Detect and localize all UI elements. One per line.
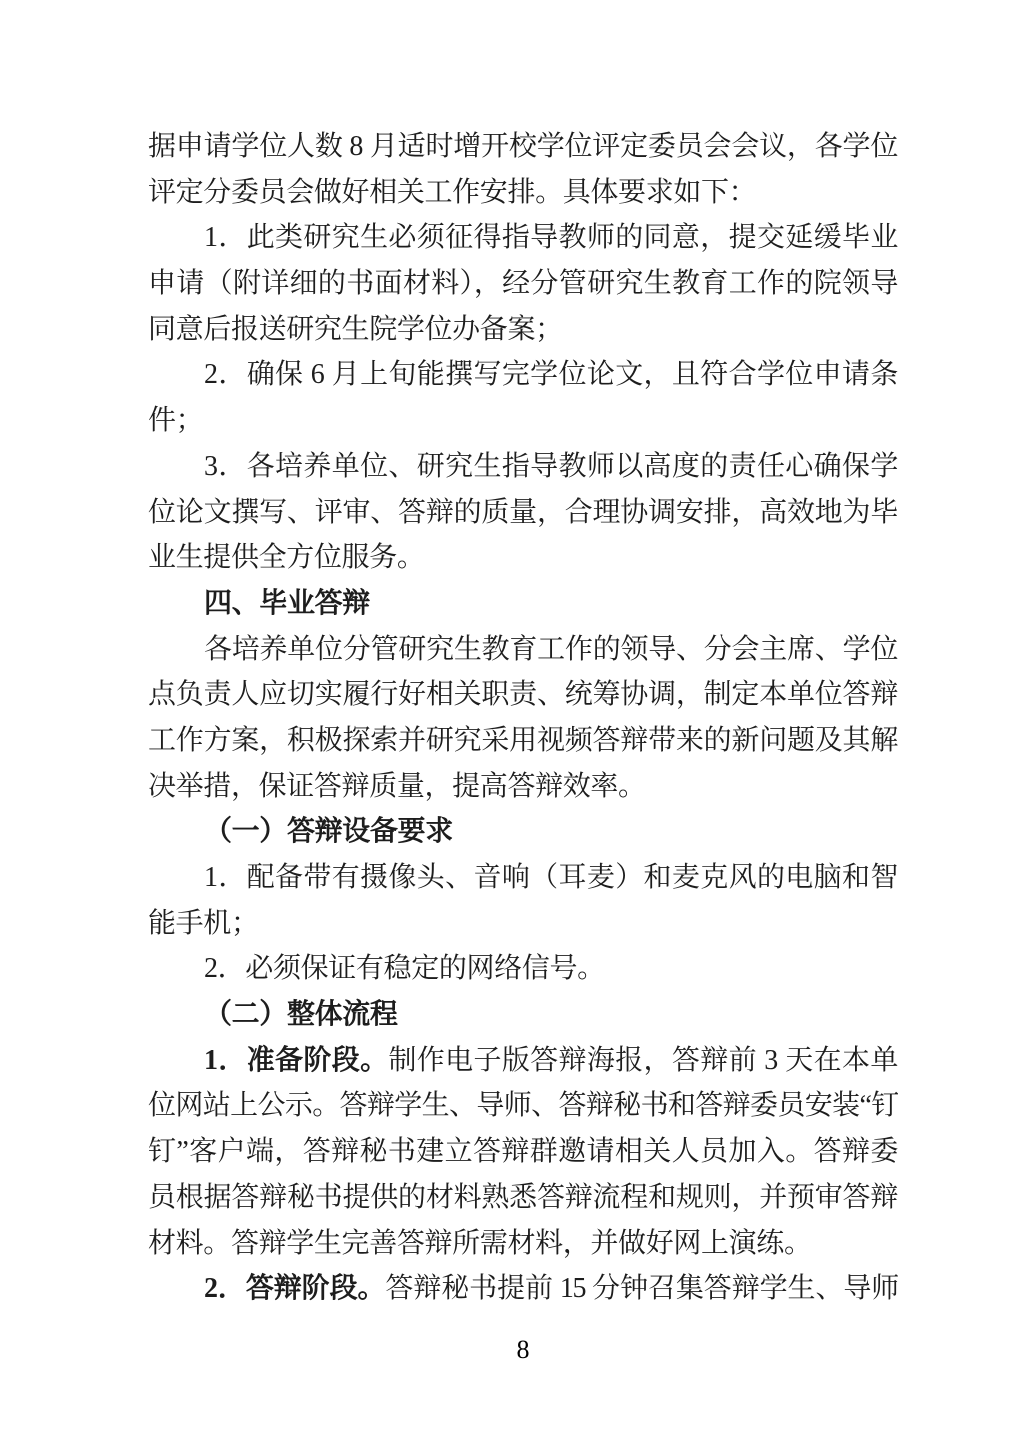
text-segment: 件； (148, 405, 203, 436)
text-segment: 1．此类研究生必须征得指导教师的同意，提交延缓毕业 (204, 222, 898, 253)
text-line: 工作方案，积极探索并研究采用视频答辩带来的新问题及其解 (148, 718, 898, 764)
text-line: 1．配备带有摄像头、音响（耳麦）和麦克风的电脑和智 (148, 855, 898, 901)
text-line: 2．答辩阶段。答辩秘书提前 15 分钟召集答辩学生、导师 (148, 1266, 898, 1312)
text-segment: 3．各培养单位、研究生指导教师以高度的责任心确保学 (204, 451, 898, 482)
text-line: 员根据答辩秘书提供的材料熟悉答辩流程和规则，并预审答辩 (148, 1175, 898, 1221)
text-segment: 答辩秘书提前 15 分钟召集答辩学生、导师 (385, 1273, 898, 1304)
text-line: 材料。答辩学生完善答辩所需材料，并做好网上演练。 (148, 1221, 898, 1267)
text-segment: 各培养单位分管研究生教育工作的领导、分会主席、学位 (204, 634, 898, 665)
text-line: 各培养单位分管研究生教育工作的领导、分会主席、学位 (148, 627, 898, 673)
text-segment: 工作方案，积极探索并研究采用视频答辩带来的新问题及其解 (148, 725, 898, 756)
bold-text-segment: 四、毕业答辩 (204, 588, 370, 619)
text-line: 决举措，保证答辩质量，提高答辩效率。 (148, 764, 898, 810)
text-segment: 业生提供全方位服务。 (148, 542, 425, 573)
text-line: （二）整体流程 (148, 992, 898, 1038)
text-line: 2．确保 6 月上旬能撰写完学位论文，且符合学位申请条 (148, 352, 898, 398)
text-line: 业生提供全方位服务。 (148, 535, 898, 581)
text-segment: 位论文撰写、评审、答辩的质量，合理协调安排，高效地为毕 (148, 497, 898, 528)
text-block: 据申请学位人数 8 月适时增开校学位评定委员会会议，各学位评定分委员会做好相关工… (148, 124, 898, 1312)
text-line: 1．此类研究生必须征得指导教师的同意，提交延缓毕业 (148, 215, 898, 261)
text-segment: 2．确保 6 月上旬能撰写完学位论文，且符合学位申请条 (204, 359, 898, 390)
text-line: 2．必须保证有稳定的网络信号。 (148, 946, 898, 992)
text-segment: 2．必须保证有稳定的网络信号。 (204, 953, 605, 984)
text-segment: 1．配备带有摄像头、音响（耳麦）和麦克风的电脑和智 (204, 862, 898, 893)
bold-text-segment: 1．准备阶段。 (204, 1045, 388, 1076)
text-line: 1．准备阶段。制作电子版答辩海报，答辩前 3 天在本单 (148, 1038, 898, 1084)
text-segment: 同意后报送研究生院学位办备案； (148, 314, 563, 345)
bold-text-segment: 2．答辩阶段。 (204, 1273, 385, 1304)
text-segment: 能手机； (148, 908, 259, 939)
text-line: 位网站上公示。答辩学生、导师、答辩秘书和答辩委员安装“钉 (148, 1083, 898, 1129)
document-page: 据申请学位人数 8 月适时增开校学位评定委员会会议，各学位评定分委员会做好相关工… (0, 0, 1024, 1448)
text-line: 四、毕业答辩 (148, 581, 898, 627)
bold-text-segment: （二）整体流程 (204, 999, 398, 1030)
page-number: 8 (148, 1336, 898, 1364)
text-segment: 制作电子版答辩海报，答辩前 3 天在本单 (388, 1045, 898, 1076)
text-segment: 评定分委员会做好相关工作安排。具体要求如下： (148, 177, 756, 208)
text-segment: 申请（附详细的书面材料），经分管研究生教育工作的院领导 (148, 268, 898, 299)
bold-text-segment: （一）答辩设备要求 (204, 816, 453, 847)
text-line: 同意后报送研究生院学位办备案； (148, 307, 898, 353)
text-segment: 位网站上公示。答辩学生、导师、答辩秘书和答辩委员安装“钉 (148, 1090, 898, 1121)
text-segment: 决举措，保证答辩质量，提高答辩效率。 (148, 771, 646, 802)
text-line: 钉”客户端，答辩秘书建立答辩群邀请相关人员加入。答辩委 (148, 1129, 898, 1175)
text-line: （一）答辩设备要求 (148, 809, 898, 855)
text-line: 据申请学位人数 8 月适时增开校学位评定委员会会议，各学位 (148, 124, 898, 170)
text-line: 评定分委员会做好相关工作安排。具体要求如下： (148, 170, 898, 216)
text-segment: 据申请学位人数 8 月适时增开校学位评定委员会会议，各学位 (148, 131, 898, 162)
text-segment: 员根据答辩秘书提供的材料熟悉答辩流程和规则，并预审答辩 (148, 1182, 898, 1213)
text-line: 能手机； (148, 901, 898, 947)
text-line: 件； (148, 398, 898, 444)
text-segment: 钉”客户端，答辩秘书建立答辩群邀请相关人员加入。答辩委 (148, 1136, 898, 1167)
text-segment: 点负责人应切实履行好相关职责、统筹协调，制定本单位答辩 (148, 679, 898, 710)
text-line: 3．各培养单位、研究生指导教师以高度的责任心确保学 (148, 444, 898, 490)
text-segment: 材料。答辩学生完善答辩所需材料，并做好网上演练。 (148, 1228, 812, 1259)
text-line: 申请（附详细的书面材料），经分管研究生教育工作的院领导 (148, 261, 898, 307)
text-line: 点负责人应切实履行好相关职责、统筹协调，制定本单位答辩 (148, 672, 898, 718)
text-line: 位论文撰写、评审、答辩的质量，合理协调安排，高效地为毕 (148, 490, 898, 536)
